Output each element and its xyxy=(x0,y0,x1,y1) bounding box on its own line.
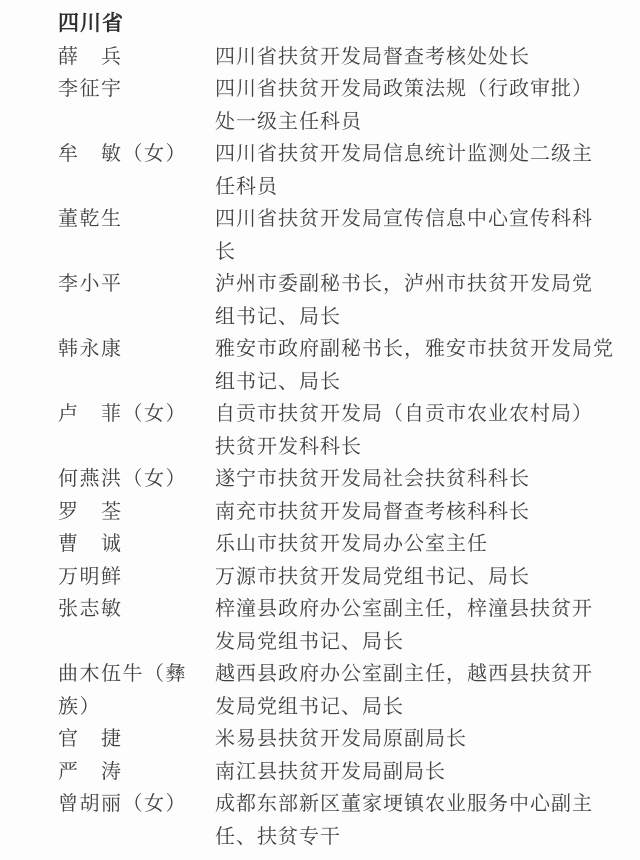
table-row: 严 涛 南江县扶贫开发局副局长 xyxy=(58,756,616,789)
person-title: 泸州市委副秘书长，泸州市扶贫开发局党 组书记、局长 xyxy=(215,268,619,333)
table-row: 曲木伍牛（彝族） 越西县政府办公室副主任，越西县扶贫开 发局党组书记、局长 xyxy=(58,658,616,723)
person-title: 南江县扶贫开发局副局长 xyxy=(215,756,619,789)
person-name: 张志敏 xyxy=(58,593,215,626)
table-row: 董乾生 四川省扶贫开发局宣传信息中心宣传科科 长 xyxy=(58,203,616,268)
table-row: 何燕洪（女） 遂宁市扶贫开发局社会扶贫科科长 xyxy=(58,463,616,496)
person-title: 南充市扶贫开发局督查考核科科长 xyxy=(215,496,619,529)
table-row: 张志敏 梓潼县政府办公室副主任，梓潼县扶贫开 发局党组书记、局长 xyxy=(58,593,616,658)
person-title: 四川省扶贫开发局督查考核处处长 xyxy=(215,41,619,74)
table-row: 李征宇 四川省扶贫开发局政策法规（行政审批） 处一级主任科员 xyxy=(58,73,616,138)
person-name: 何燕洪（女） xyxy=(58,463,215,496)
table-row: 万明鲜 万源市扶贫开发局党组书记、局长 xyxy=(58,561,616,594)
person-title: 万源市扶贫开发局党组书记、局长 xyxy=(215,561,619,594)
document-page: 四川省 薛 兵 四川省扶贫开发局督查考核处处长 李征宇 四川省扶贫开发局政策法规… xyxy=(0,0,640,860)
person-title: 梓潼县政府办公室副主任，梓潼县扶贫开 发局党组书记、局长 xyxy=(215,593,619,658)
person-name: 韩永康 xyxy=(58,333,215,366)
table-row: 卢 菲（女） 自贡市扶贫开发局（自贡市农业农村局） 扶贫开发科科长 xyxy=(58,398,616,463)
person-name: 严 涛 xyxy=(58,756,215,789)
person-name: 董乾生 xyxy=(58,203,215,236)
table-row: 曾胡丽（女） 成都东部新区董家埂镇农业服务中心副主 任、扶贫专干 xyxy=(58,788,616,853)
person-title: 自贡市扶贫开发局（自贡市农业农村局） 扶贫开发科科长 xyxy=(215,398,619,463)
person-name: 官 捷 xyxy=(58,723,215,756)
person-title: 四川省扶贫开发局宣传信息中心宣传科科 长 xyxy=(215,203,619,268)
person-title: 四川省扶贫开发局信息统计监测处二级主 任科员 xyxy=(215,138,619,203)
person-title: 雅安市政府副秘书长，雅安市扶贫开发局党 组书记、局长 xyxy=(215,333,619,398)
table-row: 薛 兵 四川省扶贫开发局督查考核处处长 xyxy=(58,41,616,74)
section-header: 四川省 xyxy=(58,8,616,41)
person-name: 曾胡丽（女） xyxy=(58,788,215,821)
table-row: 罗 荃 南充市扶贫开发局督查考核科科长 xyxy=(58,496,616,529)
person-title: 成都东部新区董家埂镇农业服务中心副主 任、扶贫专干 xyxy=(215,788,619,853)
person-name: 卢 菲（女） xyxy=(58,398,215,431)
table-row: 牟 敏（女） 四川省扶贫开发局信息统计监测处二级主 任科员 xyxy=(58,138,616,203)
table-row: 韩永康 雅安市政府副秘书长，雅安市扶贫开发局党 组书记、局长 xyxy=(58,333,616,398)
person-name: 曹 诚 xyxy=(58,528,215,561)
table-row: 李小平 泸州市委副秘书长，泸州市扶贫开发局党 组书记、局长 xyxy=(58,268,616,333)
person-title: 乐山市扶贫开发局办公室主任 xyxy=(215,528,619,561)
person-title: 遂宁市扶贫开发局社会扶贫科科长 xyxy=(215,463,619,496)
person-title: 四川省扶贫开发局政策法规（行政审批） 处一级主任科员 xyxy=(215,73,619,138)
person-title: 越西县政府办公室副主任，越西县扶贫开 发局党组书记、局长 xyxy=(215,658,619,723)
person-name: 罗 荃 xyxy=(58,496,215,529)
person-name: 牟 敏（女） xyxy=(58,138,215,171)
person-name: 李征宇 xyxy=(58,73,215,106)
person-name: 曲木伍牛（彝族） xyxy=(58,658,215,723)
person-name: 李小平 xyxy=(58,268,215,301)
person-name: 薛 兵 xyxy=(58,41,215,74)
table-row: 官 捷 米易县扶贫开发局原副局长 xyxy=(58,723,616,756)
person-name: 万明鲜 xyxy=(58,561,215,594)
table-row: 曹 诚 乐山市扶贫开发局办公室主任 xyxy=(58,528,616,561)
person-title: 米易县扶贫开发局原副局长 xyxy=(215,723,619,756)
roster-list: 薛 兵 四川省扶贫开发局督查考核处处长 李征宇 四川省扶贫开发局政策法规（行政审… xyxy=(58,41,616,854)
